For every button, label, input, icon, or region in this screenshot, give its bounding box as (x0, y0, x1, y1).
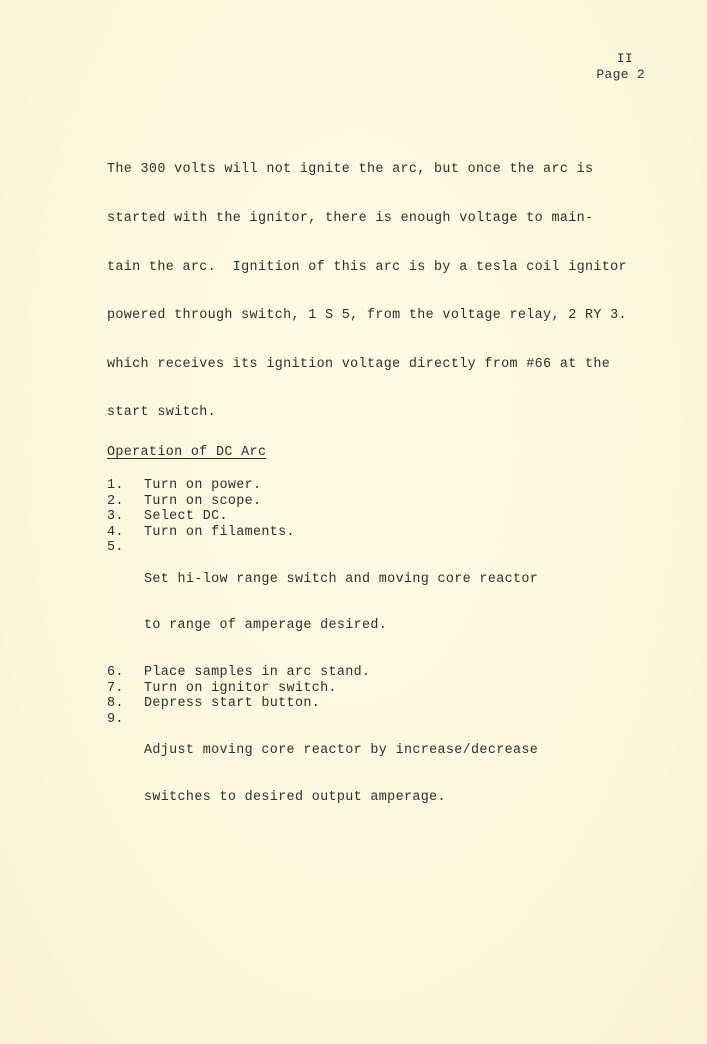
step-number: 3. (107, 509, 144, 525)
step-text: Turn on filaments. (144, 525, 295, 541)
section-heading: Operation of DC Arc (107, 445, 266, 461)
step-item: 4. Turn on filaments. (107, 525, 627, 541)
paragraph-line: powered through switch, 1 S 5, from the … (107, 308, 667, 324)
step-text: Select DC. (144, 509, 228, 525)
step-text: Set hi-low range switch and moving core … (144, 572, 538, 588)
operation-steps: 1. Turn on power. 2. Turn on scope. 3. S… (107, 478, 627, 837)
step-item: 1. Turn on power. (107, 478, 627, 494)
step-text: Turn on power. (144, 478, 261, 494)
step-text: Place samples in arc stand. (144, 665, 370, 681)
step-number: 1. (107, 478, 144, 494)
step-item: 2. Turn on scope. (107, 494, 627, 510)
paragraph-line: started with the ignitor, there is enoug… (107, 211, 667, 227)
step-text: Turn on ignitor switch. (144, 681, 337, 697)
step-number: 8. (107, 696, 144, 712)
step-number: 9. (107, 712, 144, 837)
step-text: Adjust moving core reactor by increase/d… (144, 743, 538, 759)
step-number: 4. (107, 525, 144, 541)
step-number: 5. (107, 540, 144, 665)
intro-paragraph: The 300 volts will not ignite the arc, b… (107, 130, 667, 454)
paragraph-line: The 300 volts will not ignite the arc, b… (107, 162, 667, 178)
step-number: 6. (107, 665, 144, 681)
document-page: II Page 2 The 300 volts will not ignite … (0, 0, 707, 1044)
section-number: II (596, 51, 645, 67)
step-item: 7. Turn on ignitor switch. (107, 681, 627, 697)
step-item: 3. Select DC. (107, 509, 627, 525)
step-item: 6. Place samples in arc stand. (107, 665, 627, 681)
step-item: 5. Set hi-low range switch and moving co… (107, 540, 627, 665)
paragraph-line: start switch. (107, 405, 667, 421)
step-text: to range of amperage desired. (144, 618, 538, 634)
step-text: Depress start button. (144, 696, 320, 712)
step-text: Turn on scope. (144, 494, 261, 510)
step-item: 8. Depress start button. (107, 696, 627, 712)
step-text: switches to desired output amperage. (144, 790, 538, 806)
paragraph-line: which receives its ignition voltage dire… (107, 357, 667, 373)
page-header: II Page 2 (596, 51, 645, 83)
step-item: 9. Adjust moving core reactor by increas… (107, 712, 627, 837)
step-number: 2. (107, 494, 144, 510)
page-number: Page 2 (596, 67, 645, 82)
step-number: 7. (107, 681, 144, 697)
paragraph-line: tain the arc. Ignition of this arc is by… (107, 260, 667, 276)
